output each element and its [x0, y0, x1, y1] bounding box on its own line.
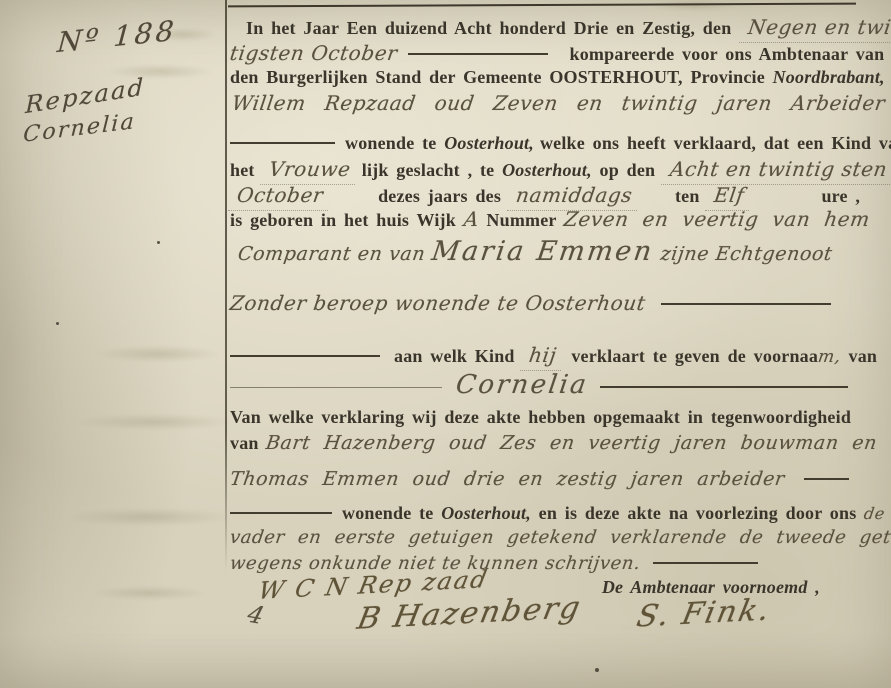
handwritten-text: Maria Emmen [430, 238, 656, 265]
blank-rule [408, 53, 548, 55]
blank-rule [230, 512, 332, 514]
margin-divider-line [225, 0, 227, 572]
printed-text: Noordbrabant, [773, 67, 885, 87]
handwritten-text: Thomas Emmen oud drie en zestig jaren ar… [228, 466, 800, 493]
printed-text: ure , [821, 186, 860, 206]
act-body: In het Jaar Een duizend Acht honderd Dri… [230, 0, 885, 688]
text-line: den Burgerlijken Stand der Gemeente OOST… [230, 64, 885, 92]
handwritten-text: Bart Hazenberg oud Zes en veertig jaren … [264, 430, 879, 457]
text-line: aan welk Kind hij verklaart te geven de … [230, 342, 877, 371]
ink-speck [56, 322, 59, 325]
text-line: het Vrouwelijk geslacht , te Oosterhout,… [230, 156, 891, 185]
handwritten-text: S. Fink. [634, 597, 773, 631]
text-line: Van welke verklaring wij deze akte hebbe… [230, 404, 851, 432]
printed-text: het [230, 160, 262, 180]
printed-text: en is deze akte na voorlezing door ons [531, 503, 864, 523]
text-line: van Bart Hazenberg oud Zes en veertig ja… [230, 430, 877, 458]
handwritten-text: 4 [244, 601, 267, 630]
blank-rule [661, 303, 831, 305]
bleedthrough-smudge [78, 414, 230, 430]
bleedthrough-smudge [94, 586, 206, 600]
handwritten-text: Zonder beroep wonende te Oosterhout [228, 290, 654, 317]
printed-text: In het Jaar Een duizend Acht honderd Dri… [246, 18, 731, 38]
printed-text: Oosterhout, [441, 503, 531, 523]
blank-rule [230, 355, 380, 357]
record-number: Nº 188 [56, 14, 178, 59]
printed-text: den Burgerlijken Stand der Gemeente OOST… [230, 67, 773, 87]
handwritten-text: Comparant en van [236, 241, 434, 268]
blank-rule [653, 562, 758, 564]
printed-text: is geboren in het huis Wijk [230, 210, 464, 230]
printed-text: lijk geslacht , te [362, 160, 502, 180]
text-line: wonende te Oosterhout,welke ons heeft ve… [230, 130, 891, 158]
text-line: Willem Repzaad oud Zeven en twintig jare… [232, 90, 885, 119]
printed-text: verklaart te geven de voornaa [564, 346, 818, 366]
handwritten-text: zijne Echtgenoot [652, 241, 834, 268]
birth-certificate-scan: Nº 188 Repzaad Cornelia In het Jaar Een … [0, 0, 891, 688]
text-line: vader en eerste getuigen getekend verkla… [230, 524, 891, 552]
printed-text: wonende te [345, 133, 444, 153]
printed-text: Oosterhout, [444, 133, 534, 153]
handwritten-text: Vrouwe [260, 156, 360, 185]
printed-text: kompareerde voor ons Ambtenaar van [570, 44, 885, 64]
printed-text: Nummer [479, 210, 564, 230]
text-line: is geboren in het huis Wijk A Nummer Zev… [230, 206, 870, 235]
handwritten-text: vader en eerste getuigen getekend verkla… [228, 524, 891, 551]
handwritten-text: Negen en twin [739, 14, 891, 43]
text-line: Cornelia [230, 372, 848, 402]
printed-text: De Ambtenaar voornoemd , [602, 577, 820, 597]
bleedthrough-smudge [68, 508, 230, 526]
handwritten-text: tigsten October [228, 40, 399, 67]
text-line: Thomas Emmen oud drie en zestig jaren ar… [230, 466, 849, 494]
blank-rule [600, 386, 848, 388]
printed-text: van [230, 433, 266, 453]
blank-rule [230, 387, 442, 388]
text-line: Zonder beroep wonende te Oosterhout [230, 290, 831, 319]
printed-text: van [841, 346, 877, 366]
printed-text: welke ons heeft verklaard, dat een Kind … [540, 133, 891, 153]
blank-rule [230, 142, 335, 144]
handwritten-text: Cornelia [454, 372, 590, 399]
printed-text: Oosterhout, [502, 160, 592, 180]
text-line: 4B HazenbergS. Fink. [248, 600, 770, 632]
printed-text: dezes jaars des [378, 186, 509, 206]
printed-text: op den [592, 160, 663, 180]
ink-speck [157, 241, 160, 244]
text-line: In het Jaar Een duizend Acht honderd Dri… [246, 14, 891, 43]
printed-text: Van welke verklaring wij deze akte hebbe… [230, 407, 851, 427]
printed-text: ten [675, 186, 707, 206]
handwritten-text: B Hazenberg [355, 594, 584, 633]
handwritten-text: m, [816, 344, 843, 371]
printed-text: wonende te [342, 503, 441, 523]
handwritten-text: de [862, 500, 887, 527]
handwritten-text: Zeven en veertig van hem [562, 206, 872, 233]
handwritten-text: hij [520, 342, 565, 371]
text-line: Comparant en van Maria Emmen zijne Echtg… [238, 238, 832, 269]
blank-rule [804, 478, 849, 480]
bleedthrough-smudge [96, 346, 220, 362]
printed-text: aan welk Kind [394, 346, 522, 366]
handwritten-text: Willem Repzaad oud Zeven en twintig jare… [230, 90, 887, 117]
handwritten-text: Acht en twintig sten [661, 156, 891, 185]
